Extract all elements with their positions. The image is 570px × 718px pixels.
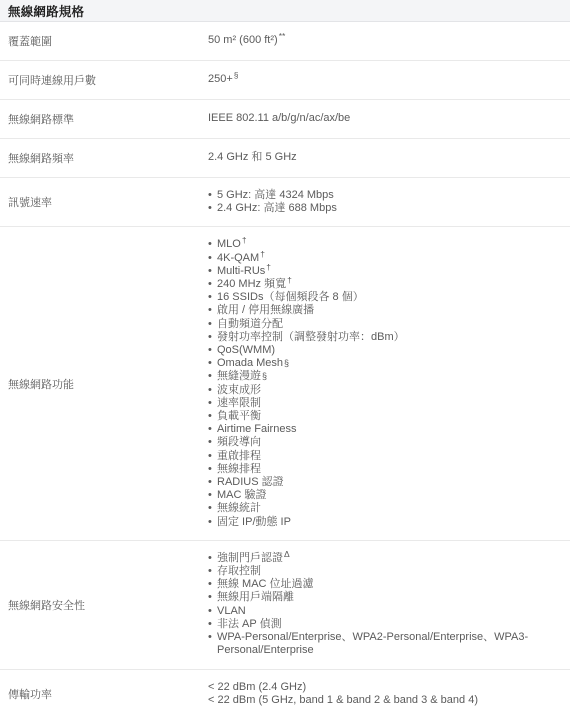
spec-value-item: 無線排程 xyxy=(208,463,562,476)
footnote-marker: § xyxy=(234,70,239,80)
spec-value-item: 4K-QAM† xyxy=(208,252,562,265)
spec-row-values: 強制門戶認證Δ存取控制無線 MAC 位址過濾無線用戶端隔離VLAN非法 AP 偵… xyxy=(208,552,562,658)
spec-value-item: WPA-Personal/Enterprise、WPA2-Personal/En… xyxy=(208,631,562,657)
spec-row-label: 覆蓋範圍 xyxy=(8,33,208,49)
spec-row-values: < 22 dBm (2.4 GHz)< 22 dBm (5 GHz, band … xyxy=(208,681,562,707)
spec-value-item: 自動頻道分配 xyxy=(208,318,562,331)
spec-value-item: < 22 dBm (2.4 GHz) xyxy=(208,681,562,694)
spec-value-item: 16 SSIDs（每個頻段各 8 個） xyxy=(208,291,562,304)
spec-row-label: 傳輸功率 xyxy=(8,686,208,702)
spec-value-item: 速率限制 xyxy=(208,397,562,410)
footnote-marker: † xyxy=(266,262,271,272)
spec-row-label: 無線網路功能 xyxy=(8,376,208,392)
spec-value-item: < 22 dBm (5 GHz, band 1 & band 2 & band … xyxy=(208,694,562,707)
spec-row-label: 無線網路標準 xyxy=(8,111,208,127)
section-header: 無線網路規格 xyxy=(0,0,570,22)
spec-row-values: 2.4 GHz 和 5 GHz xyxy=(208,151,562,164)
spec-value-item: Airtime Fairness xyxy=(208,423,562,436)
spec-table: 覆蓋範圍 50 m² (600 ft²)** 可同時連線用戶數 250+§ 無線… xyxy=(0,22,570,718)
spec-value-item: 無縫漫遊§ xyxy=(208,370,562,383)
wireless-spec-section: 無線網路規格 覆蓋範圍 50 m² (600 ft²)** 可同時連線用戶數 2… xyxy=(0,0,570,718)
spec-row-label: 無線網路頻率 xyxy=(8,150,208,166)
spec-row: 無線網路功能 MLO†4K-QAM†Multi-RUs†240 MHz 頻寬†1… xyxy=(0,227,570,540)
spec-value-item: 頻段導向 xyxy=(208,436,562,449)
spec-value-item: 250+§ xyxy=(208,73,562,86)
spec-row-values: 50 m² (600 ft²)** xyxy=(208,34,562,47)
spec-value-item: 重啟排程 xyxy=(208,450,562,463)
spec-value-item: 強制門戶認證Δ xyxy=(208,552,562,565)
spec-value-item: RADIUS 認證 xyxy=(208,476,562,489)
footnote-marker: § xyxy=(262,371,267,381)
spec-row-values: IEEE 802.11 a/b/g/n/ac/ax/be xyxy=(208,112,562,125)
spec-value-item: Multi-RUs† xyxy=(208,265,562,278)
spec-value-item: 發射功率控制（調整發射功率：dBm） xyxy=(208,331,562,344)
footnote-marker: † xyxy=(242,235,247,245)
spec-value-item: 無線 MAC 位址過濾 xyxy=(208,578,562,591)
spec-value-item: VLAN xyxy=(208,605,562,618)
spec-value-item: 非法 AP 偵測 xyxy=(208,618,562,631)
spec-value-item: 240 MHz 頻寬† xyxy=(208,278,562,291)
spec-value-item: 無線統計 xyxy=(208,502,562,515)
spec-row-label: 無線網路安全性 xyxy=(8,597,208,613)
spec-value-item: 無線用戶端隔離 xyxy=(208,591,562,604)
spec-row: 訊號速率 5 GHz: 高達 4324 Mbps2.4 GHz: 高達 688 … xyxy=(0,178,570,227)
spec-row-values: 250+§ xyxy=(208,73,562,86)
footnote-marker: Δ xyxy=(284,549,290,559)
spec-row: 無線網路頻率 2.4 GHz 和 5 GHz xyxy=(0,139,570,178)
spec-row-values: MLO†4K-QAM†Multi-RUs†240 MHz 頻寬†16 SSIDs… xyxy=(208,238,562,528)
spec-value-item: 存取控制 xyxy=(208,565,562,578)
section-title: 無線網路規格 xyxy=(8,2,84,20)
footnote-marker: ** xyxy=(279,31,286,41)
spec-value-item: 2.4 GHz: 高達 688 Mbps xyxy=(208,202,562,215)
footnote-marker: § xyxy=(284,358,289,368)
spec-value-item: 50 m² (600 ft²)** xyxy=(208,34,562,47)
spec-value-item: 固定 IP/動態 IP xyxy=(208,516,562,529)
spec-value-item: IEEE 802.11 a/b/g/n/ac/ax/be xyxy=(208,112,562,125)
spec-row: 可同時連線用戶數 250+§ xyxy=(0,61,570,100)
spec-value-item: Omada Mesh§ xyxy=(208,357,562,370)
spec-row-label: 可同時連線用戶數 xyxy=(8,72,208,88)
spec-row: 覆蓋範圍 50 m² (600 ft²)** xyxy=(0,22,570,61)
spec-value-item: 負載平衡 xyxy=(208,410,562,423)
spec-value-item: 2.4 GHz 和 5 GHz xyxy=(208,151,562,164)
spec-row-label: 訊號速率 xyxy=(8,194,208,210)
spec-row: 無線網路安全性 強制門戶認證Δ存取控制無線 MAC 位址過濾無線用戶端隔離VLA… xyxy=(0,541,570,670)
spec-value-item: 波束成形 xyxy=(208,384,562,397)
spec-row: 無線網路標準 IEEE 802.11 a/b/g/n/ac/ax/be xyxy=(0,100,570,139)
spec-value-item: 啟用 / 停用無線廣播 xyxy=(208,304,562,317)
spec-value-item: QoS(WMM) xyxy=(208,344,562,357)
footnote-marker: † xyxy=(287,275,292,285)
footnote-marker: † xyxy=(260,249,265,259)
spec-row-values: 5 GHz: 高達 4324 Mbps2.4 GHz: 高達 688 Mbps xyxy=(208,189,562,215)
spec-value-item: MAC 驗證 xyxy=(208,489,562,502)
spec-value-item: 5 GHz: 高達 4324 Mbps xyxy=(208,189,562,202)
spec-row: 傳輸功率 < 22 dBm (2.4 GHz)< 22 dBm (5 GHz, … xyxy=(0,670,570,718)
